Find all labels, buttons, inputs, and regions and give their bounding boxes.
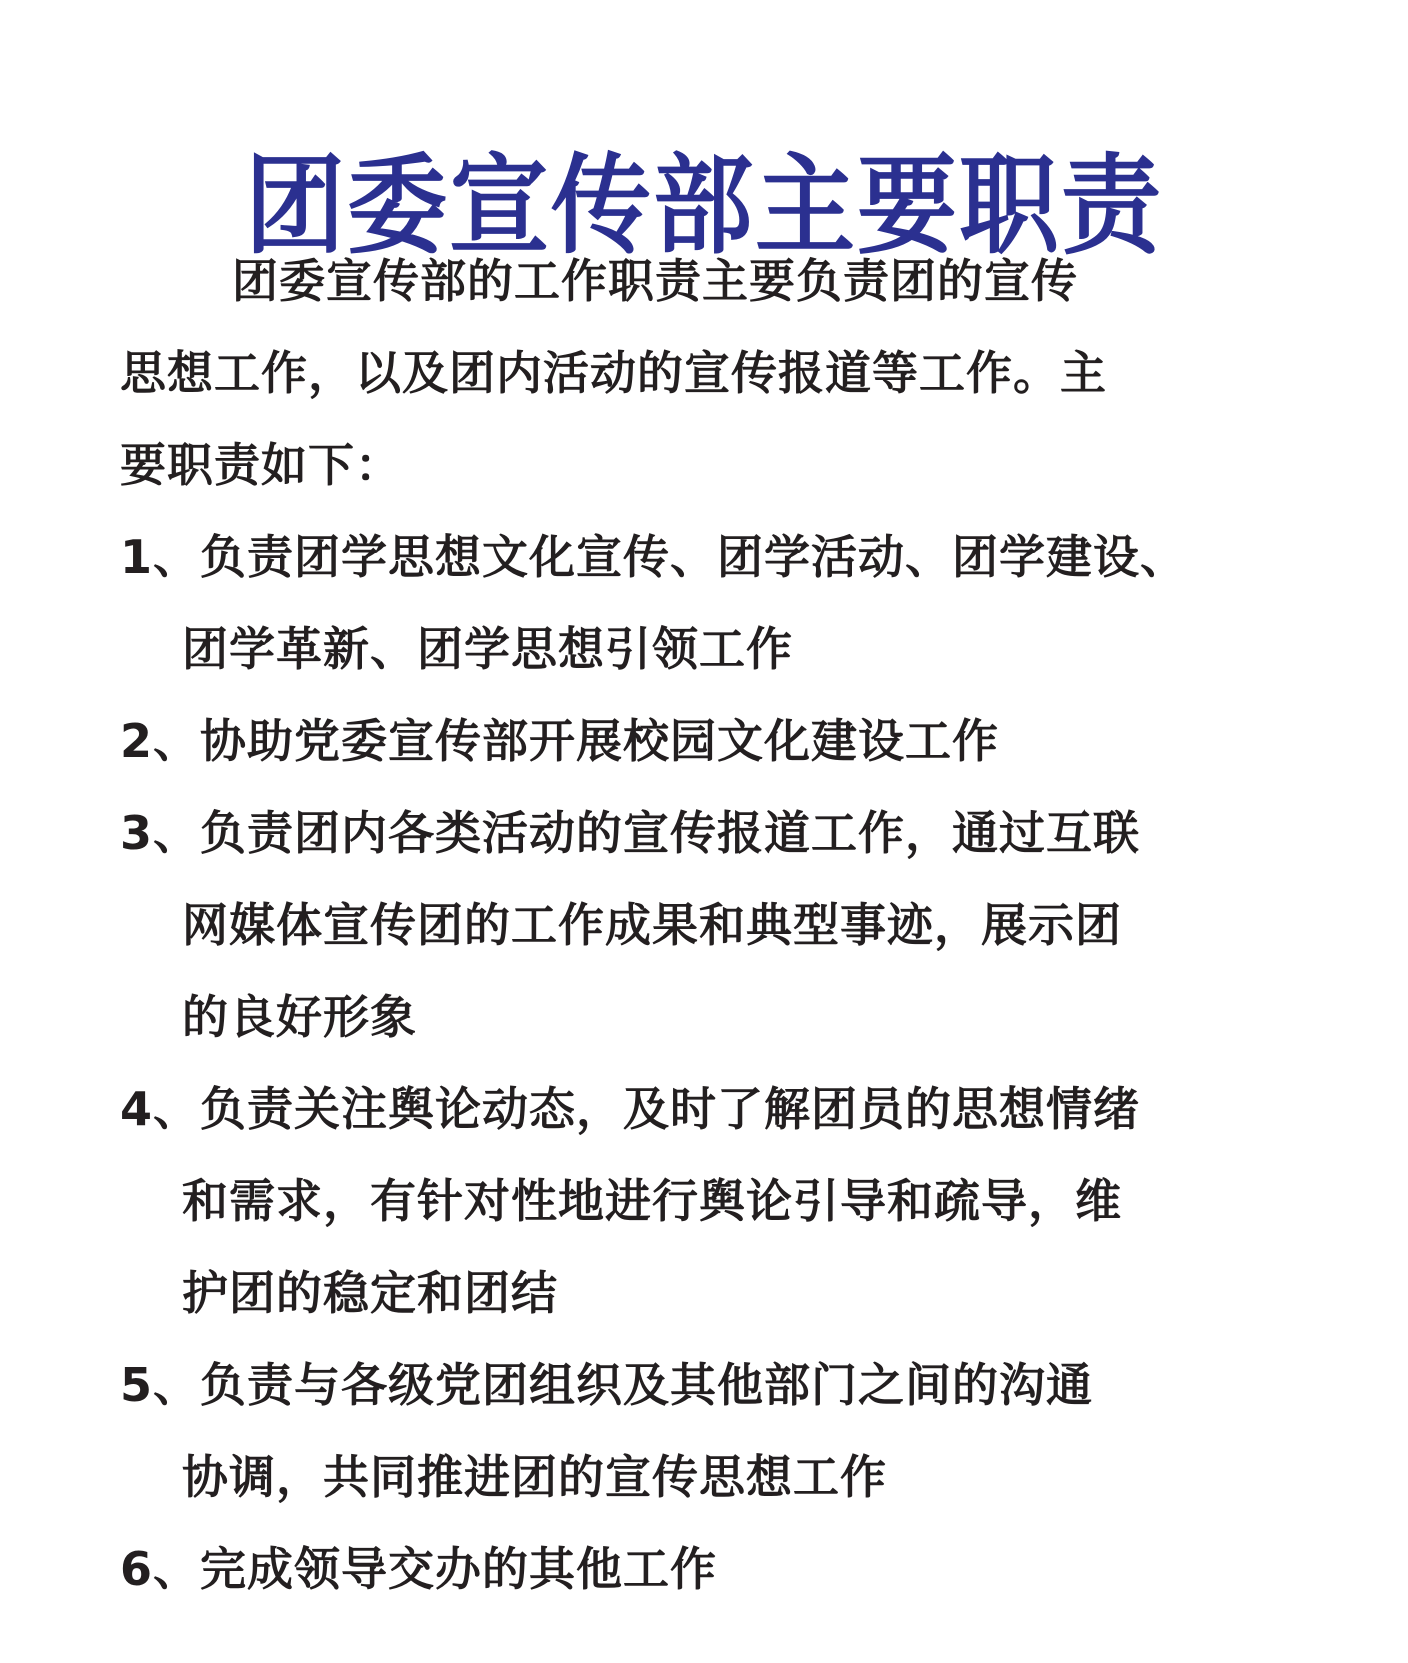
duty-line: 护团的稳定和团结 — [120, 1247, 1290, 1339]
intro-line: 思想工作，以及团内活动的宣传报道等工作。主 — [120, 327, 1290, 419]
intro-line: 团委宣传部的工作职责主要负责团的宣传 — [120, 235, 1290, 327]
duty-line: 的良好形象 — [120, 971, 1290, 1063]
duty-item-5: 5、负责与各级党团组织及其他部门之间的沟通 协调，共同推进团的宣传思想工作 — [120, 1339, 1290, 1523]
intro-line: 要职责如下： — [120, 419, 1290, 511]
duty-line: 2、协助党委宣传部开展校园文化建设工作 — [120, 695, 1290, 787]
duty-line: 6、完成领导交办的其他工作 — [120, 1523, 1290, 1615]
duty-line: 团学革新、团学思想引领工作 — [120, 603, 1290, 695]
duty-item-2: 2、协助党委宣传部开展校园文化建设工作 — [120, 695, 1290, 787]
duty-line: 5、负责与各级党团组织及其他部门之间的沟通 — [120, 1339, 1290, 1431]
document-body: 团委宣传部的工作职责主要负责团的宣传 思想工作，以及团内活动的宣传报道等工作。主… — [120, 235, 1290, 1615]
duty-item-4: 4、负责关注舆论动态，及时了解团员的思想情绪 和需求，有针对性地进行舆论引导和疏… — [120, 1063, 1290, 1339]
duty-line: 1、负责团学思想文化宣传、团学活动、团学建设、 — [120, 511, 1290, 603]
duty-item-1: 1、负责团学思想文化宣传、团学活动、团学建设、 团学革新、团学思想引领工作 — [120, 511, 1290, 695]
duty-line: 3、负责团内各类活动的宣传报道工作，通过互联 — [120, 787, 1290, 879]
duty-line: 网媒体宣传团的工作成果和典型事迹，展示团 — [120, 879, 1290, 971]
duty-item-3: 3、负责团内各类活动的宣传报道工作，通过互联 网媒体宣传团的工作成果和典型事迹，… — [120, 787, 1290, 1063]
intro-paragraph: 团委宣传部的工作职责主要负责团的宣传 思想工作，以及团内活动的宣传报道等工作。主… — [120, 235, 1290, 511]
duty-line: 协调，共同推进团的宣传思想工作 — [120, 1431, 1290, 1523]
duty-line: 4、负责关注舆论动态，及时了解团员的思想情绪 — [120, 1063, 1290, 1155]
duty-line: 和需求，有针对性地进行舆论引导和疏导，维 — [120, 1155, 1290, 1247]
duty-item-6: 6、完成领导交办的其他工作 — [120, 1523, 1290, 1615]
